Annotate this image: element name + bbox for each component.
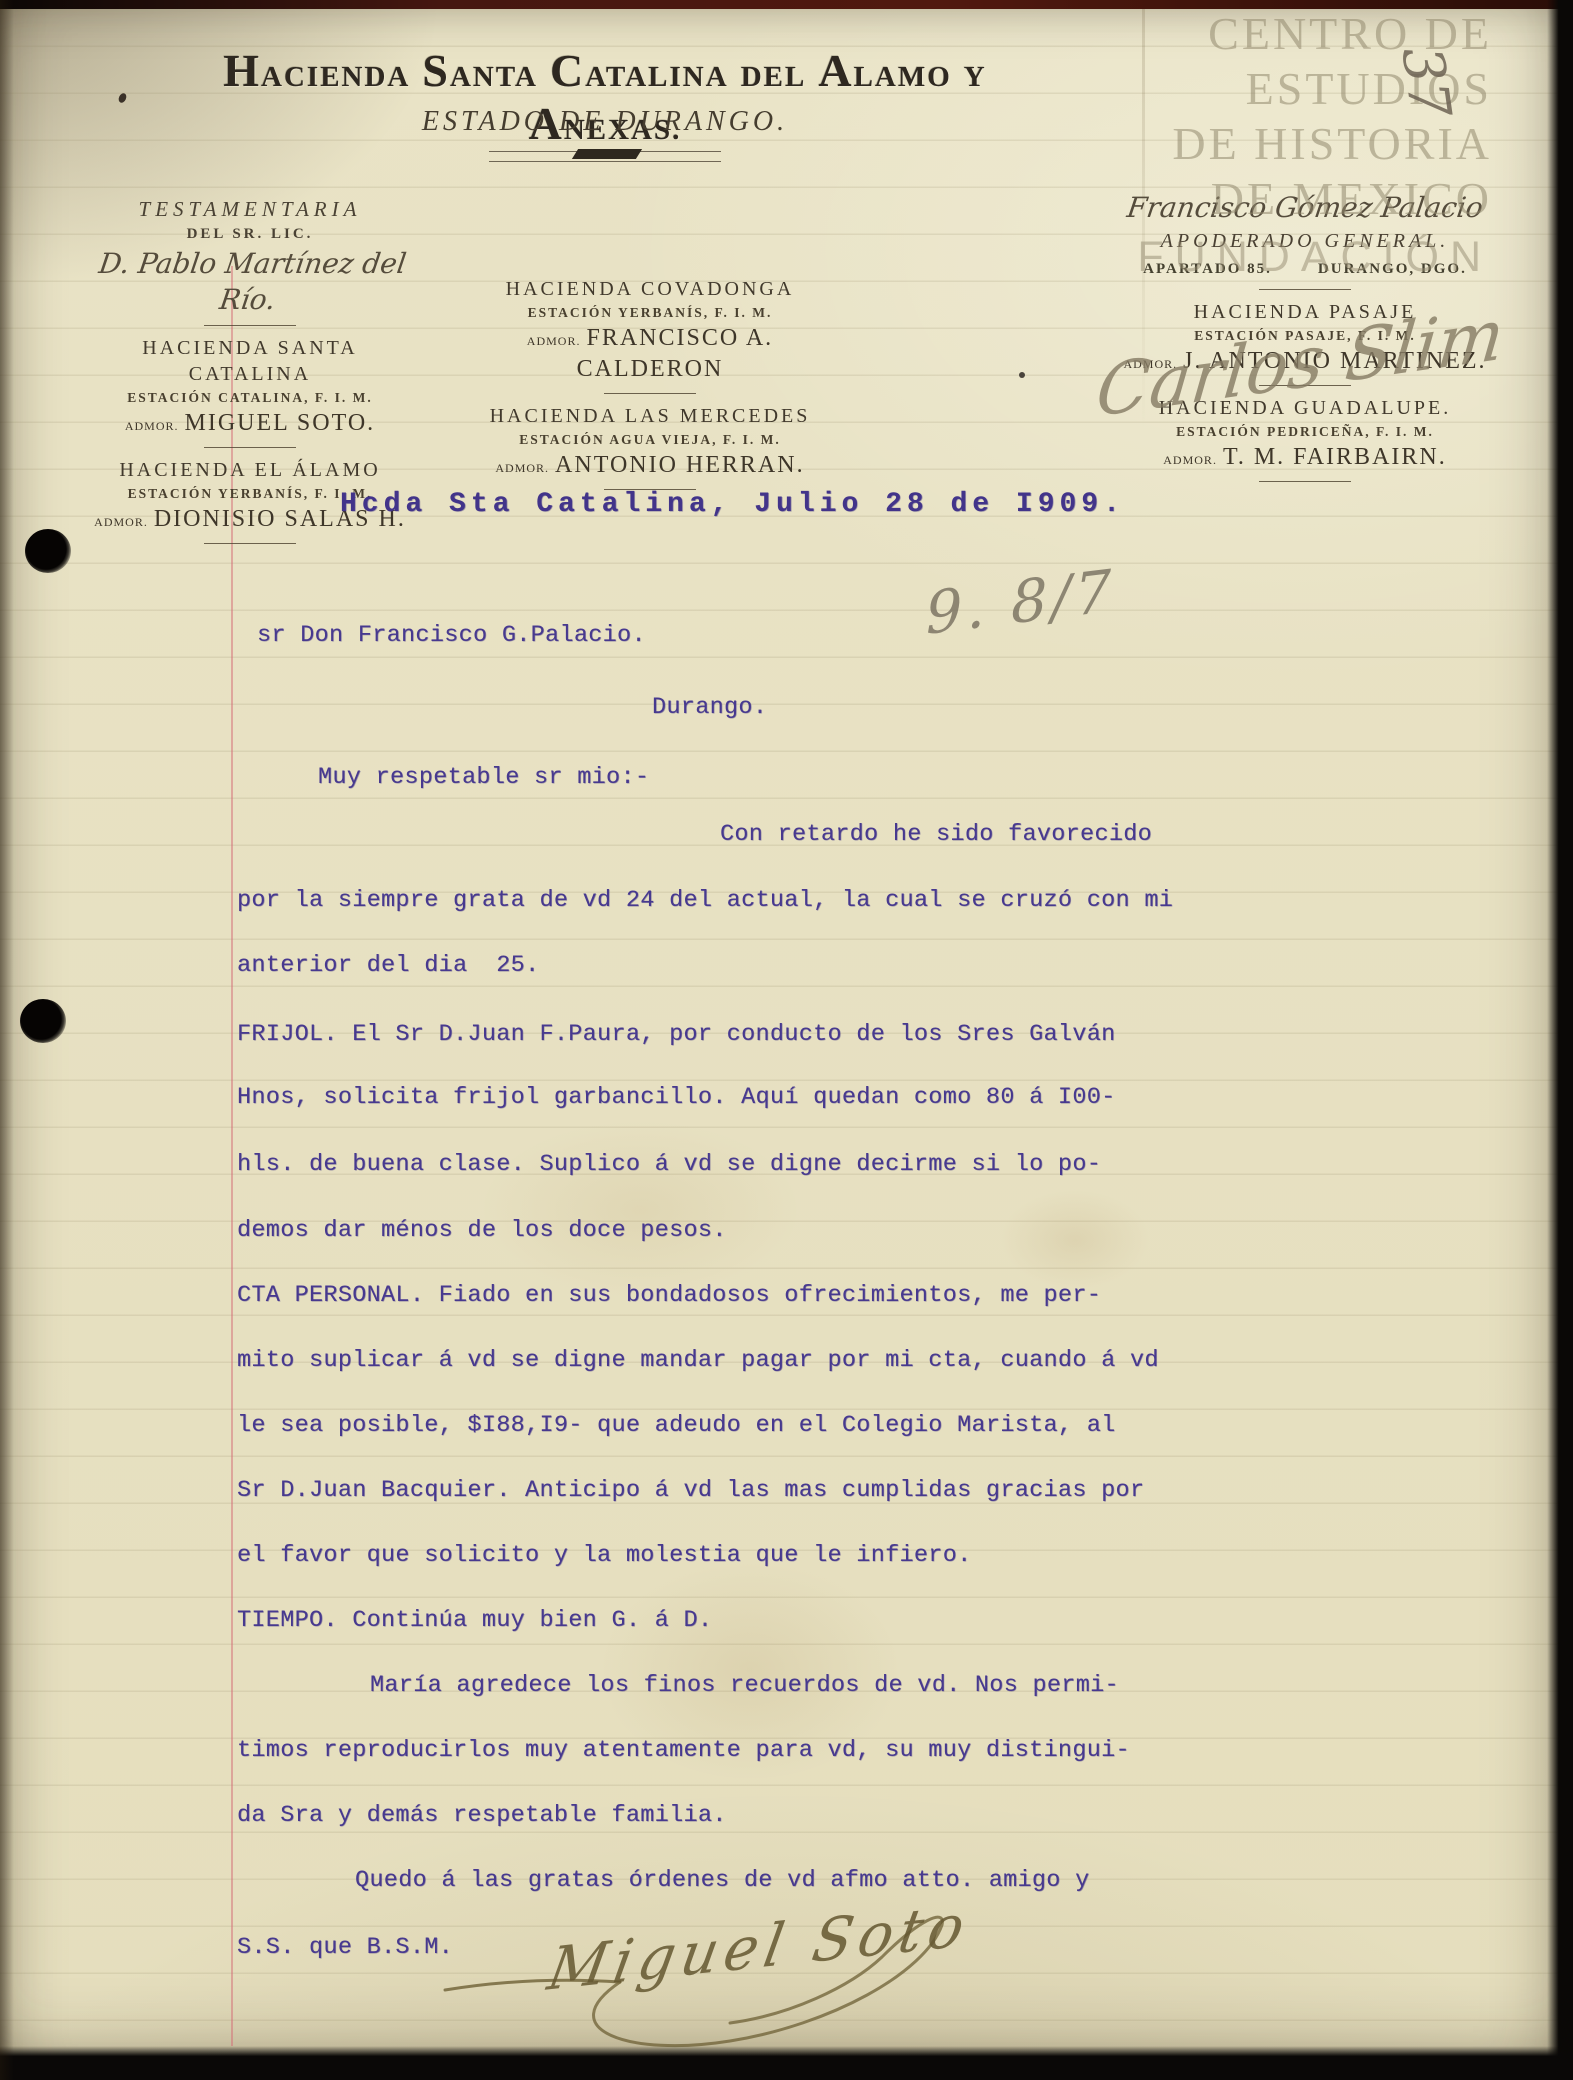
typed-line: Sr D.Juan Bacquier. Anticipo á vd las ma… (237, 1477, 1144, 1504)
letterhead-block: HACIENDA LAS MERCEDESESTACIÓN AGUA VIEJA… (465, 403, 835, 482)
title-word: Santa (422, 44, 538, 97)
paper-sheet: HaciendaSantaCatalinadelAlamoyAnexas. ES… (0, 0, 1573, 2080)
typed-line: le sea posible, $I88,I9- que adeudo en e… (237, 1412, 1116, 1439)
letterhead-line: ESTACIÓN CATALINA, F. I. M. (85, 387, 415, 409)
paper-stain (480, 1120, 800, 1300)
typed-line: S.S. que B.S.M. (237, 1934, 453, 1961)
typed-line: demos dar ménos de los doce pesos. (237, 1217, 727, 1244)
letterhead-line: ADMOR.FRANCISCO A. CALDERON (465, 324, 835, 386)
typed-line: sr Don Francisco G.Palacio. (257, 622, 646, 649)
pencil-annotation: 9. 8/7 (925, 556, 1116, 648)
ornament-rule (489, 151, 721, 162)
letterhead-line: ESTACIÓN PEDRICEÑA, F. I. M. (1105, 421, 1505, 443)
letterhead-line: TESTAMENTARIA (85, 196, 415, 222)
scan-edge (0, 0, 14, 2080)
typed-line: Muy respetable sr mio:- (318, 764, 649, 791)
typed-dateline: Hcda Sta Catalina, Julio 28 de I909. (340, 489, 1125, 520)
divider-rule (604, 393, 696, 394)
letterhead-column: HACIENDA COVADONGAESTACIÓN YERBANÍS, F. … (465, 276, 835, 499)
typed-line: anterior del dia 25. (237, 952, 539, 979)
letterhead-subtitle: ESTADO DE DURANGO. (155, 106, 1055, 138)
letterhead-line: APARTADO 85.DURANGO, DGO. (1105, 256, 1505, 282)
typed-line: CTA PERSONAL. Fiado en sus bondadosos of… (237, 1282, 1101, 1309)
letterhead-line: ESTACIÓN AGUA VIEJA, F. I. M. (465, 429, 835, 451)
title-word: del (741, 61, 807, 94)
typed-line: por la siempre grata de vd 24 del actual… (237, 887, 1173, 914)
title-word: Hacienda (223, 44, 410, 97)
letterhead-line: DEL SR. LIC. (85, 222, 415, 246)
typed-line: mito suplicar á vd se digne mandar pagar… (237, 1347, 1159, 1374)
punch-hole (25, 529, 71, 573)
letterhead-line: ESTACIÓN YERBANÍS, F. I. M. (465, 302, 835, 324)
scan-edge (0, 0, 1573, 9)
punch-hole (20, 999, 66, 1043)
scan-edge (0, 2046, 1573, 2080)
title-word: Alamo (818, 44, 951, 97)
ink-speck (117, 92, 128, 104)
letterhead-line: HACIENDA LAS MERCEDES (465, 403, 835, 429)
typed-line: TIEMPO. Continúa muy bien G. á D. (237, 1607, 712, 1634)
divider-rule (204, 447, 296, 448)
paper-stain (1000, 1190, 1150, 1290)
title-word: y (964, 61, 987, 94)
letterhead-block: TESTAMENTARIADEL SR. LIC.D. Pablo Martín… (85, 196, 415, 318)
letterhead-line: ADMOR.T. M. FAIRBAIRN. (1105, 443, 1505, 474)
typed-line: Durango. (652, 694, 767, 721)
divider-rule (1259, 481, 1351, 482)
letterhead-block: Francisco Gómez PalacioAPODERADO GENERAL… (1105, 190, 1505, 282)
typed-line: da Sra y demás respetable familia. (237, 1802, 727, 1829)
typed-line: hls. de buena clase. Suplico á vd se dig… (237, 1151, 1101, 1178)
letterhead-block: HACIENDA COVADONGAESTACIÓN YERBANÍS, F. … (465, 276, 835, 386)
watermark-line: DE HISTORIA (1040, 116, 1492, 171)
typed-line: Hnos, solicita frijol garbancillo. Aquí … (237, 1084, 1116, 1111)
divider-rule (1259, 289, 1351, 290)
letterhead-line: HACIENDA COVADONGA (465, 276, 835, 302)
typed-line: el favor que solicito y la molestia que … (237, 1542, 972, 1569)
title-word: Catalina (550, 44, 729, 97)
title-initial: A (818, 45, 853, 96)
typed-line: Quedo á las gratas órdenes de vd afmo at… (355, 1867, 1090, 1894)
scanned-letter: HaciendaSantaCatalinadelAlamoyAnexas. ES… (0, 0, 1573, 2080)
signature: Miguel Soto (430, 1895, 970, 2070)
letterhead-line: HACIENDA EL ÁLAMO (85, 457, 415, 483)
title-initial: C (550, 45, 585, 96)
letterhead-line: APODERADO GENERAL. (1105, 226, 1505, 256)
letterhead-block: HACIENDA SANTA CATALINAESTACIÓN CATALINA… (85, 335, 415, 440)
divider-rule (204, 543, 296, 544)
letterhead-line: HACIENDA SANTA CATALINA (85, 335, 415, 387)
divider-rule (204, 325, 296, 326)
ink-speck (1019, 372, 1025, 378)
letterhead-line: ADMOR.MIGUEL SOTO. (85, 409, 415, 440)
scan-edge (1547, 0, 1573, 2080)
letterhead-line: ADMOR.ANTONIO HERRAN. (465, 451, 835, 482)
letterhead-line: D. Pablo Martínez del Río. (80, 246, 420, 318)
typed-line: Con retardo he sido favorecido (720, 821, 1152, 848)
typed-line: FRIJOL. El Sr D.Juan F.Paura, por conduc… (237, 1021, 1116, 1048)
typed-line: timos reproducirlos muy atentamente para… (237, 1737, 1130, 1764)
pencil-folio-number: 37 (1388, 43, 1462, 123)
title-initial: S (422, 45, 450, 96)
typed-line: María agredece los finos recuerdos de vd… (370, 1672, 1119, 1699)
title-initial: H (223, 45, 261, 96)
letterhead-line: Francisco Gómez Palacio (1102, 190, 1507, 226)
